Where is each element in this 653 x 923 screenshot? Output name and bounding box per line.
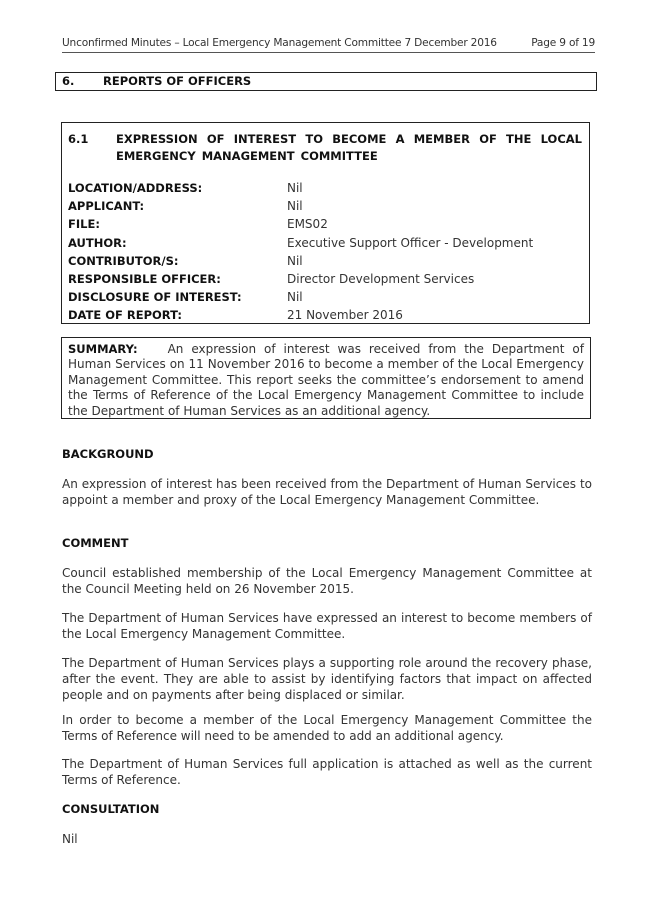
meta-label: APPLICANT: [68, 197, 287, 215]
consultation-heading: CONSULTATION [62, 802, 159, 816]
meta-row-contributors: CONTRIBUTOR/S: Nil [68, 252, 582, 270]
meta-row-responsible-officer: RESPONSIBLE OFFICER: Director Developmen… [68, 270, 582, 288]
section-heading-box: 6. REPORTS OF OFFICERS [55, 72, 597, 91]
meta-row-applicant: APPLICANT: Nil [68, 197, 582, 215]
item-number: 6.1 [68, 131, 88, 148]
meta-value: EMS02 [287, 215, 328, 233]
comment-paragraph: The Department of Human Services have ex… [62, 610, 592, 642]
section-number: 6. [62, 73, 74, 90]
page-header: Unconfirmed Minutes – Local Emergency Ma… [62, 37, 595, 53]
summary-text: An expression of interest was received f… [68, 342, 584, 418]
meta-value: Nil [287, 288, 303, 306]
report-metadata: LOCATION/ADDRESS: Nil APPLICANT: Nil FIL… [68, 179, 582, 325]
meta-row-file: FILE: EMS02 [68, 215, 582, 233]
page-number: Page 9 of 19 [531, 37, 595, 49]
meta-label: CONTRIBUTOR/S: [68, 252, 287, 270]
comment-paragraph: The Department of Human Services full ap… [62, 756, 592, 788]
document-title: Unconfirmed Minutes – Local Emergency Ma… [62, 37, 497, 49]
meta-label: DISCLOSURE OF INTEREST: [68, 288, 287, 306]
meta-row-date: DATE OF REPORT: 21 November 2016 [68, 306, 582, 324]
meta-value: 21 November 2016 [287, 306, 403, 324]
summary-box: SUMMARY:An expression of interest was re… [61, 337, 591, 419]
comment-paragraph: In order to become a member of the Local… [62, 712, 592, 744]
meta-label: DATE OF REPORT: [68, 306, 287, 324]
meta-row-author: AUTHOR: Executive Support Officer - Deve… [68, 234, 582, 252]
meta-value: Executive Support Officer - Development [287, 234, 533, 252]
meta-value: Director Development Services [287, 270, 474, 288]
comment-heading: COMMENT [62, 536, 128, 550]
item-title: EXPRESSION OF INTEREST TO BECOME A MEMBE… [116, 131, 582, 165]
meta-label: AUTHOR: [68, 234, 287, 252]
meta-value: Nil [287, 252, 303, 270]
comment-paragraph: The Department of Human Services plays a… [62, 655, 592, 703]
summary-label: SUMMARY: [68, 342, 138, 356]
section-title: REPORTS OF OFFICERS [103, 73, 251, 90]
item-heading: 6.1 EXPRESSION OF INTEREST TO BECOME A M… [68, 131, 582, 165]
meta-label: LOCATION/ADDRESS: [68, 179, 287, 197]
background-heading: BACKGROUND [62, 447, 154, 461]
meta-value: Nil [287, 179, 303, 197]
meta-value: Nil [287, 197, 303, 215]
meta-label: RESPONSIBLE OFFICER: [68, 270, 287, 288]
meta-row-location: LOCATION/ADDRESS: Nil [68, 179, 582, 197]
consultation-paragraph: Nil [62, 831, 592, 847]
report-item-box: 6.1 EXPRESSION OF INTEREST TO BECOME A M… [61, 122, 590, 324]
meta-label: FILE: [68, 215, 287, 233]
background-paragraph: An expression of interest has been recei… [62, 476, 592, 508]
meta-row-disclosure: DISCLOSURE OF INTEREST: Nil [68, 288, 582, 306]
comment-paragraph: Council established membership of the Lo… [62, 565, 592, 597]
